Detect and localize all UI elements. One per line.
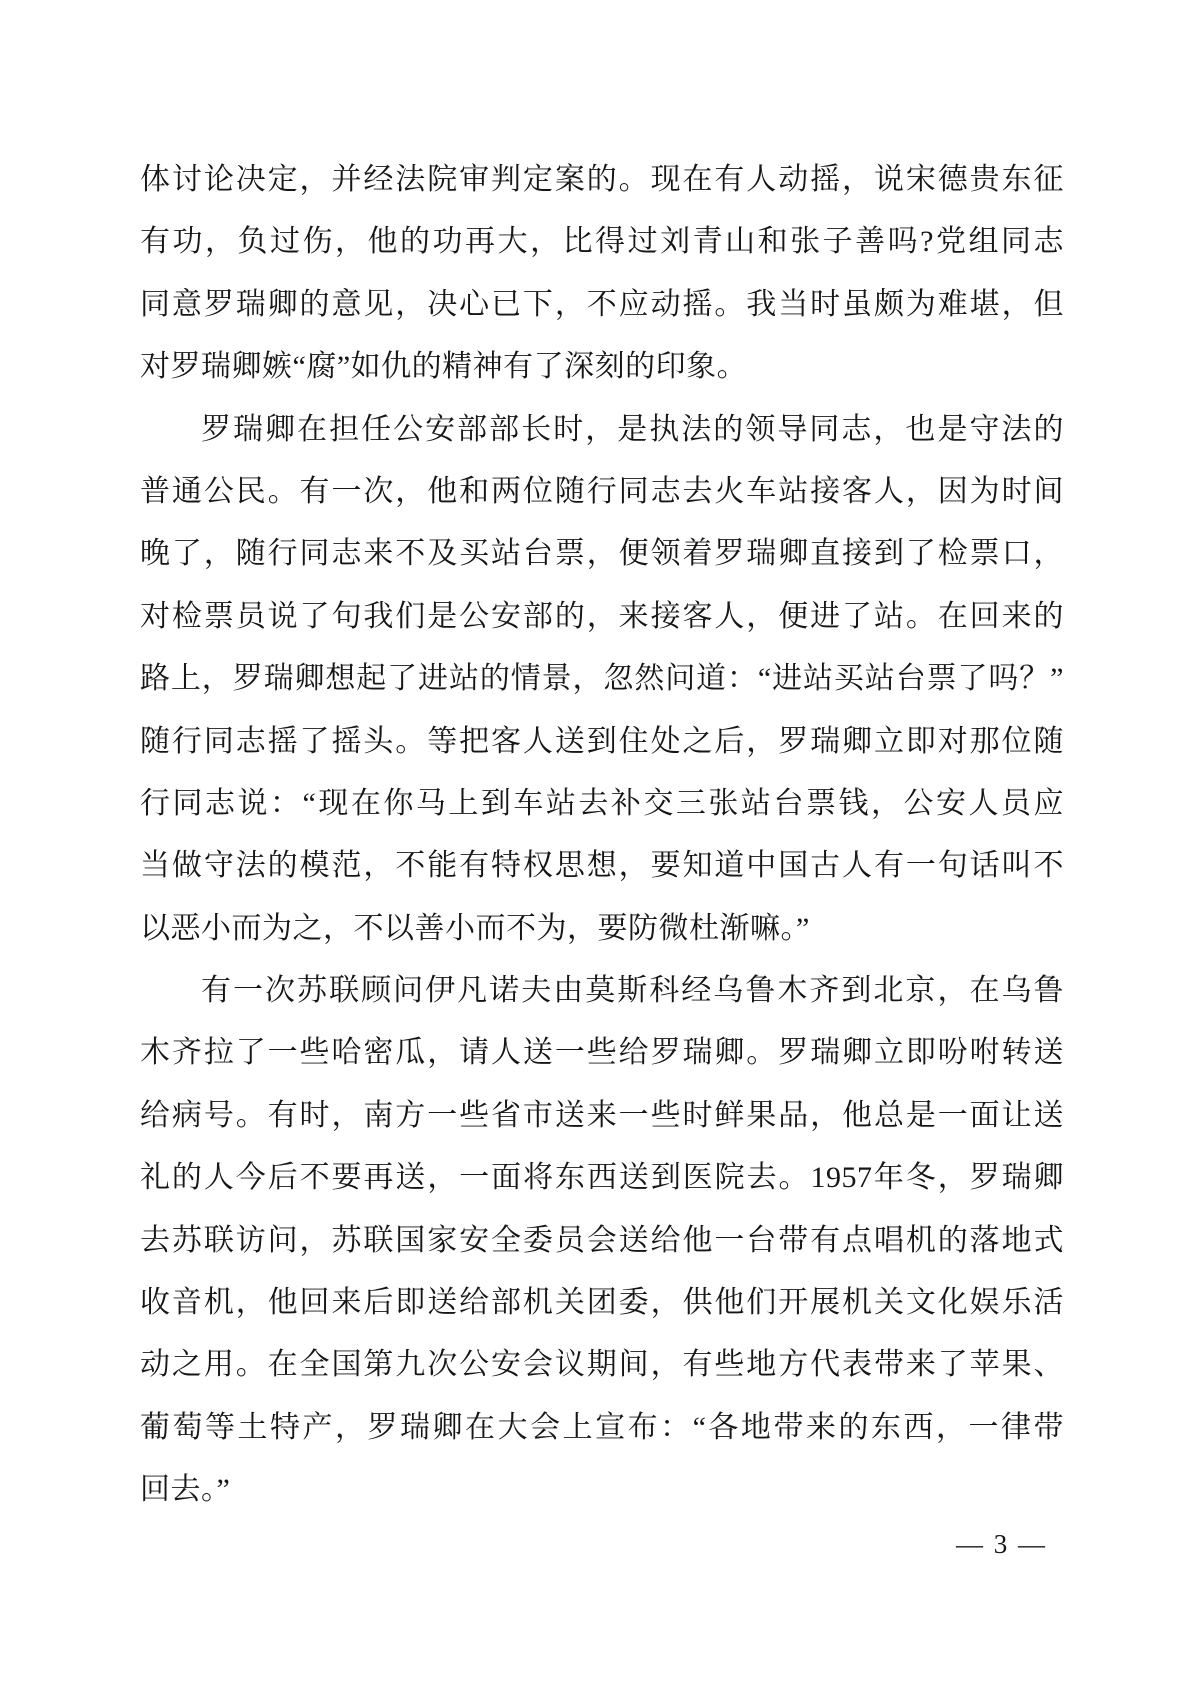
text-line: 以恶小而为之，不以善小而不为，要防微杜渐嘛。” [140, 898, 1064, 960]
text-line: 木齐拉了一些哈密瓜，请人送一些给罗瑞卿。罗瑞卿立即吩咐转送 [140, 1022, 1064, 1084]
text-line: 当做守法的模范，不能有特权思想，要知道中国古人有一句话叫不 [140, 835, 1064, 897]
text-block: 体讨论决定，并经法院审判定案的。现在有人动摇，说宋德贵东征 有功，负过伤，他的功… [140, 149, 1064, 1522]
text-line: 回去。” [140, 1459, 1064, 1521]
text-line: 收音机，他回来后即送给部机关团委，供他们开展机关文化娱乐活 [140, 1272, 1064, 1334]
text-line: 普通公民。有一次，他和两位随行同志去火车站接客人，因为时间 [140, 461, 1064, 523]
text-line: 去苏联访问，苏联国家安全委员会送给他一台带有点唱机的落地式 [140, 1210, 1064, 1272]
text-line: 对检票员说了句我们是公安部的，来接客人，便进了站。在回来的 [140, 586, 1064, 648]
text-line: 随行同志摇了摇头。等把客人送到住处之后，罗瑞卿立即对那位随 [140, 711, 1064, 773]
text-line: 葡萄等土特产，罗瑞卿在大会上宣布：“各地带来的东西，一律带 [140, 1397, 1064, 1459]
text-line: 体讨论决定，并经法院审判定案的。现在有人动摇，说宋德贵东征 [140, 149, 1064, 211]
text-line: 晚了，随行同志来不及买站台票，便领着罗瑞卿直接到了检票口， [140, 523, 1064, 585]
document-page: 体讨论决定，并经法院审判定案的。现在有人动摇，说宋德贵东征 有功，负过伤，他的功… [0, 0, 1191, 1684]
text-line: 给病号。有时，南方一些省市送来一些时鲜果品，他总是一面让送 [140, 1085, 1064, 1147]
text-line: 行同志说：“现在你马上到车站去补交三张站台票钱，公安人员应 [140, 773, 1064, 835]
text-line: 对罗瑞卿嫉“腐”如仇的精神有了深刻的印象。 [140, 336, 1064, 398]
text-line: 路上，罗瑞卿想起了进站的情景，忽然问道：“进站买站台票了吗？” [140, 648, 1064, 710]
text-line paragraph-start: 有一次苏联顾问伊凡诺夫由莫斯科经乌鲁木齐到北京，在乌鲁 [140, 960, 1064, 1022]
page-number: — 3 — [956, 1524, 1047, 1564]
text-line: 礼的人今后不要再送，一面将东西送到医院去。1957年冬，罗瑞卿 [140, 1147, 1064, 1209]
text-line: 有功，负过伤，他的功再大，比得过刘青山和张子善吗?党组同志 [140, 211, 1064, 273]
text-line: 动之用。在全国第九次公安会议期间，有些地方代表带来了苹果、 [140, 1334, 1064, 1396]
text-line paragraph-start: 罗瑞卿在担任公安部部长时，是执法的领导同志，也是守法的 [140, 399, 1064, 461]
text-line: 同意罗瑞卿的意见，决心已下，不应动摇。我当时虽颇为难堪，但 [140, 274, 1064, 336]
